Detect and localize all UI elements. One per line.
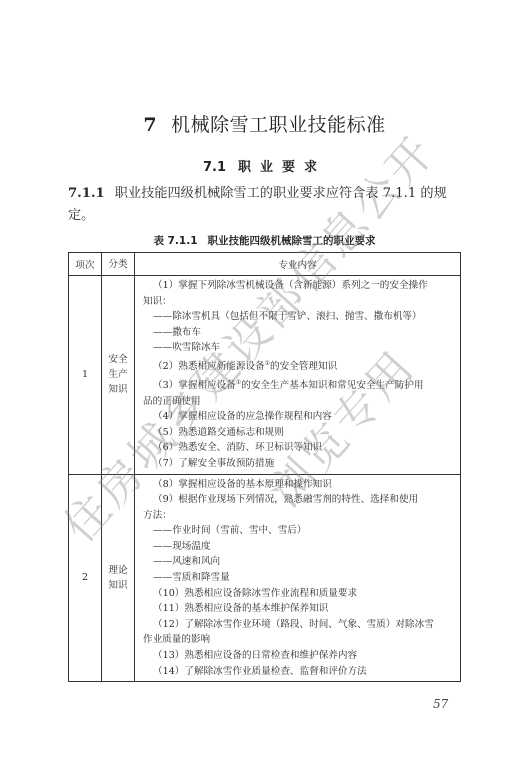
content-line: （1）掌握下列除冰雪机械设备（含新能源）系列之一的安全操作 xyxy=(143,278,454,294)
header-category: 分类 xyxy=(102,253,135,276)
table-header-row: 项次 分类 专业内容 xyxy=(69,253,461,276)
content-line: ——风速和风向 xyxy=(143,554,454,570)
section-number: 7.1 xyxy=(203,160,226,175)
header-index: 项次 xyxy=(69,253,102,276)
content-line: （13）熟悉相应设备的日常检查和维护保养内容 xyxy=(143,648,454,664)
content-line: ——除冰雪机具（包括但不限于雪铲、滚扫、抛雪、撒布机等） xyxy=(143,309,454,325)
row-category: 理论知识 xyxy=(102,474,135,682)
chapter-title-text: 机械除雪工职业技能标准 xyxy=(171,114,386,136)
row-index: 2 xyxy=(69,474,102,682)
content-line: （3）掌握相应设备①的安全生产基本知识和常见安全生产防护用 xyxy=(143,375,454,394)
content-line: （9）根据作业现场下列情况，熟悉融雪剂的特性、选择和使用 xyxy=(143,492,454,508)
content-line: ——雪质和降雪量 xyxy=(143,570,454,586)
table-caption: 表 7.1.1职业技能四级机械除雪工的职业要求 xyxy=(0,233,529,248)
content-line: （10）熟悉相应设备除冰雪作业流程和质量要求 xyxy=(143,586,454,602)
clause-paragraph: 7.1.1职业技能四级机械除雪工的职业要求应符合表 7.1.1 的规定。 xyxy=(68,183,463,227)
content-line: ——吹雪除冰车 xyxy=(143,340,454,356)
content-line: （14）了解除冰雪作业质量检查、监督和评价方法 xyxy=(143,664,454,680)
chapter-number: 7 xyxy=(143,114,157,136)
content-line: 方法： xyxy=(143,508,454,524)
chapter-title: 7机械除雪工职业技能标准 xyxy=(0,110,529,137)
row-category-text: 理论知识 xyxy=(107,563,129,593)
requirements-table: 项次 分类 专业内容 1安全生产知识（1）掌握下列除冰雪机械设备（含新能源）系列… xyxy=(68,252,461,682)
content-line: （8）掌握相应设备的基本原理和操作知识 xyxy=(143,477,454,493)
content-line: （2）熟悉相应新能源设备①的安全管理知识 xyxy=(143,356,454,375)
clause-text: 职业技能四级机械除雪工的职业要求应符合表 7.1.1 的规定。 xyxy=(68,186,447,223)
row-category-text: 安全生产知识 xyxy=(107,352,129,397)
content-line: （6）熟悉安全、消防、环卫标识等知识 xyxy=(143,440,454,456)
content-line: （5）熟悉道路交通标志和规则 xyxy=(143,425,454,441)
content-line: （11）熟悉相应设备的基本维护保养知识 xyxy=(143,601,454,617)
row-category: 安全生产知识 xyxy=(102,276,135,475)
row-index: 1 xyxy=(69,276,102,475)
table-caption-number: 表 7.1.1 xyxy=(153,235,197,247)
content-line: （4）掌握相应设备的应急操作规程和内容 xyxy=(143,409,454,425)
content-line: ——现场温度 xyxy=(143,539,454,555)
table-caption-title: 职业技能四级机械除雪工的职业要求 xyxy=(208,235,376,247)
content-line: （12）了解除冰雪作业环境（路段、时间、气象、雪质）对除冰雪 xyxy=(143,617,454,633)
clause-number: 7.1.1 xyxy=(68,186,105,201)
content-line: ——撒布车 xyxy=(143,325,454,341)
section-title-text: 职业要求 xyxy=(238,160,326,175)
content-line: 作业质量的影响 xyxy=(143,632,454,648)
row-content: （1）掌握下列除冰雪机械设备（含新能源）系列之一的安全操作知识：——除冰雪机具（… xyxy=(135,276,461,475)
page-number: 57 xyxy=(433,697,448,711)
table-row: 1安全生产知识（1）掌握下列除冰雪机械设备（含新能源）系列之一的安全操作知识：—… xyxy=(69,276,461,475)
header-content: 专业内容 xyxy=(135,253,461,276)
content-line: （7）了解安全事故预防措施 xyxy=(143,456,454,472)
document-page: 7机械除雪工职业技能标准 7.1职业要求 7.1.1职业技能四级机械除雪工的职业… xyxy=(0,0,529,767)
content-line: 知识： xyxy=(143,294,454,310)
row-content: （8）掌握相应设备的基本原理和操作知识（9）根据作业现场下列情况，熟悉融雪剂的特… xyxy=(135,474,461,682)
section-title: 7.1职业要求 xyxy=(0,156,529,175)
table-row: 2理论知识（8）掌握相应设备的基本原理和操作知识（9）根据作业现场下列情况，熟悉… xyxy=(69,474,461,682)
content-line: ——作业时间（雪前、雪中、雪后） xyxy=(143,523,454,539)
content-line: 品的正确使用 xyxy=(143,394,454,410)
